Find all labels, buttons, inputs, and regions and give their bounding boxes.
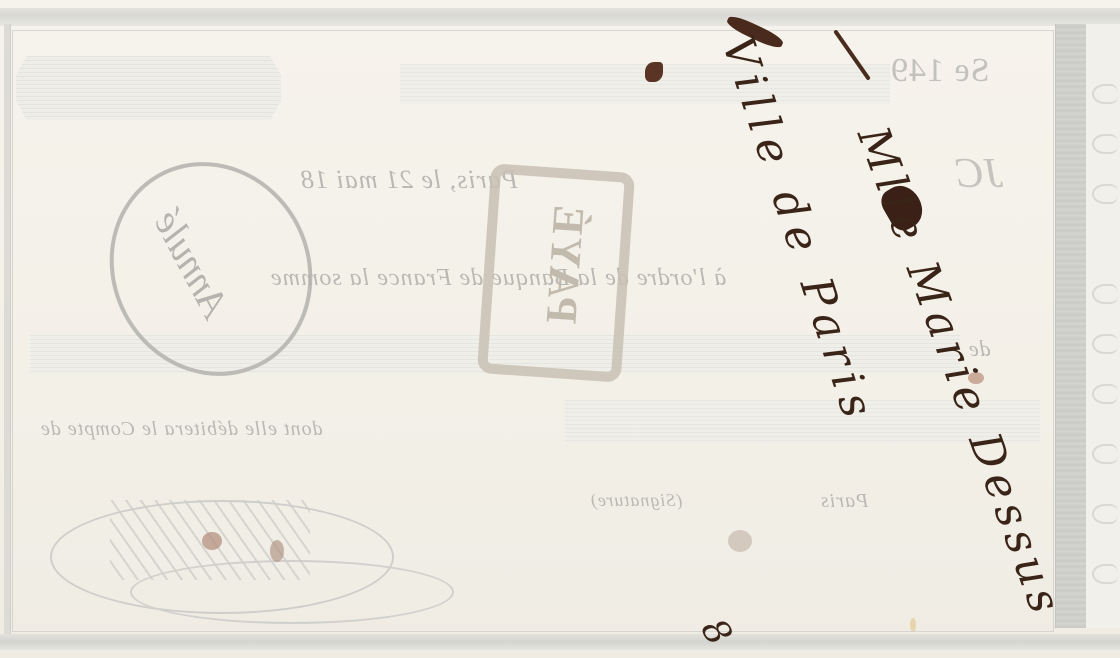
account-line: dont elle débitera le Compte de: [40, 418, 323, 441]
foxing-stain: [910, 618, 916, 632]
document-sheet: Se 149 JC Paris, le 21 mai 18 à l'ordre …: [0, 0, 1120, 658]
scroll-ornament-icon: [1092, 334, 1118, 354]
engraved-border-bottom: [0, 634, 1120, 650]
foxing-stain: [728, 530, 752, 552]
foxing-stain: [270, 540, 284, 562]
date-line: Paris, le 21 mai 18: [300, 165, 518, 195]
serial-number: Se 149: [890, 52, 990, 90]
amount-panel: [16, 56, 281, 120]
rect-stamp-text: PAYÉ: [536, 202, 595, 326]
scroll-ornament-icon: [1092, 564, 1118, 584]
ink-blot: [645, 62, 663, 82]
engraved-border-left: [4, 24, 11, 636]
scroll-ornament-icon: [1092, 184, 1118, 204]
signature-caption: (Signature): [590, 490, 682, 511]
scroll-ornament-icon: [1092, 134, 1118, 154]
scroll-ornament-icon: [1092, 384, 1118, 404]
scroll-ornament-icon: [1092, 284, 1118, 304]
amount-symbol: JC: [955, 150, 1004, 198]
perforation-band: [1055, 24, 1087, 628]
scroll-ornament-icon: [1092, 504, 1118, 524]
counterfoil-stub: [1086, 24, 1120, 628]
place-caption: Paris: [820, 490, 868, 513]
scroll-ornament-icon: [1092, 444, 1118, 464]
foxing-stain: [202, 532, 222, 550]
scroll-ornament-icon: [1092, 84, 1118, 104]
engraved-border-top: [0, 8, 1120, 26]
drawer-signature-bleed: [30, 480, 450, 630]
